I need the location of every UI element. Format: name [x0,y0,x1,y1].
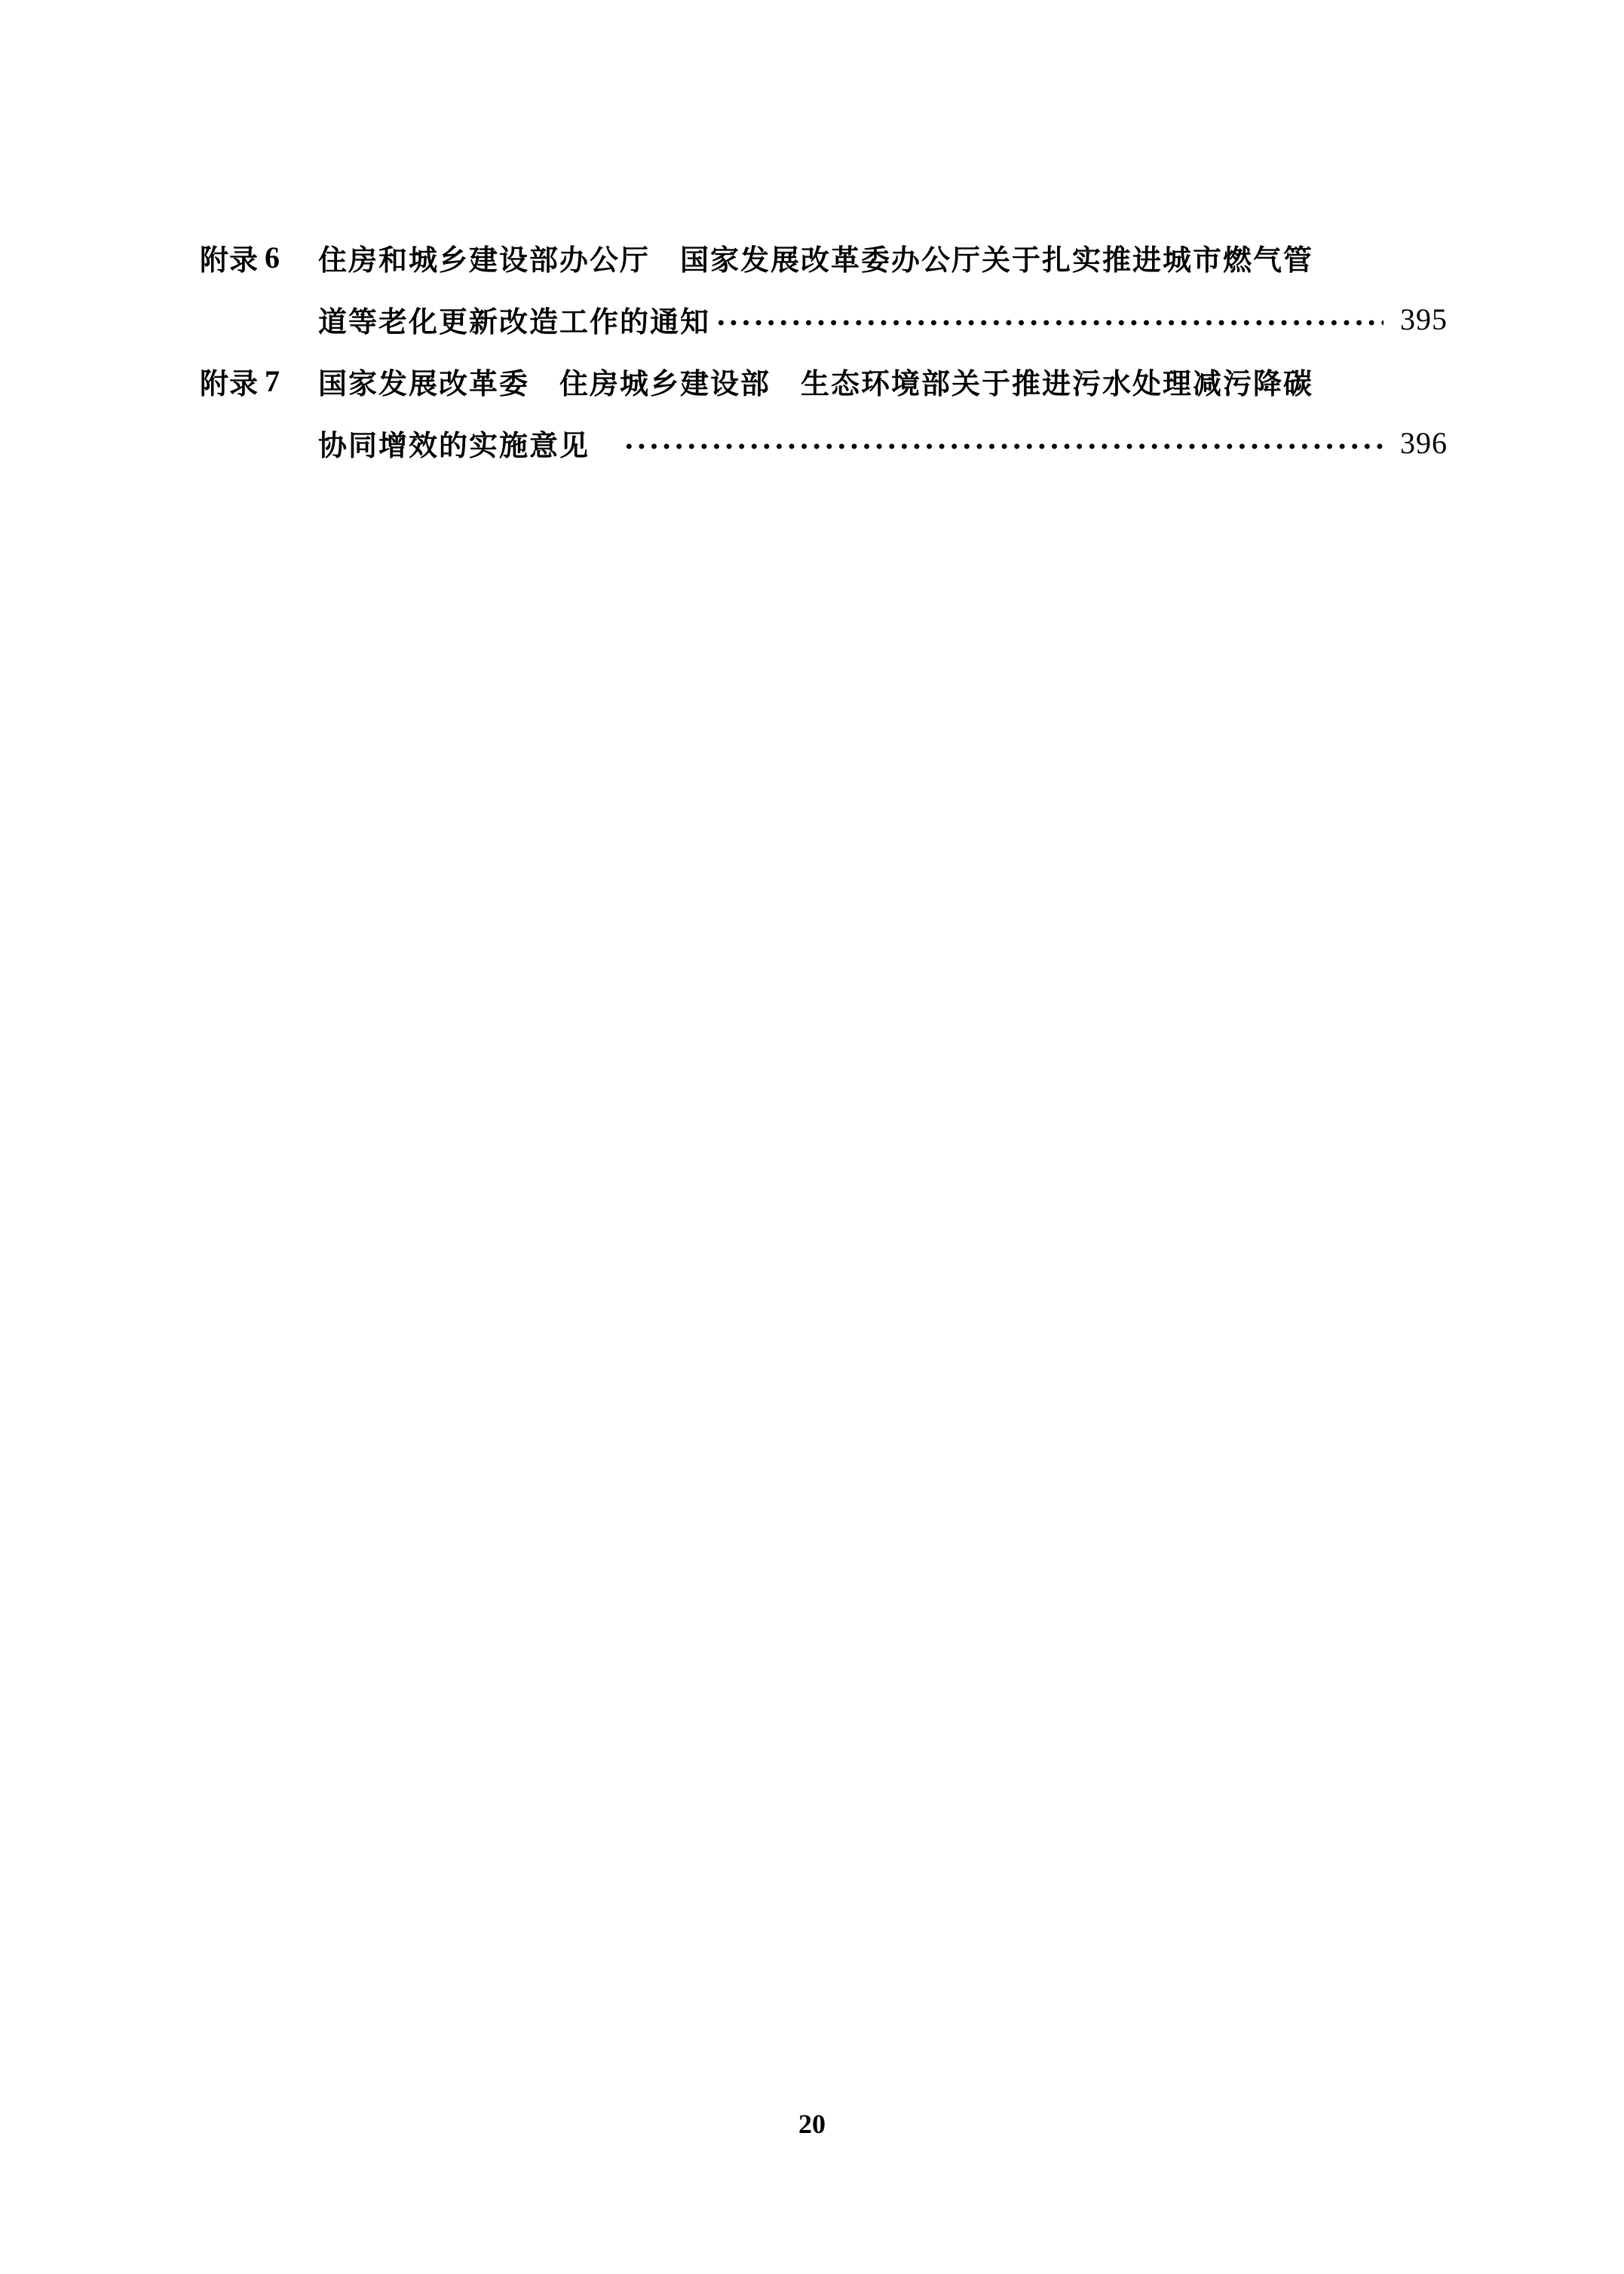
toc-entry-title-line-1: 住房和城乡建设部办公厅 国家发展改革委办公厅关于扎实推进城市燃气管 [318,226,1313,288]
toc-entry-line-1: 附录 6 住房和城乡建设部办公厅 国家发展改革委办公厅关于扎实推进城市燃气管 [200,226,1451,288]
title-text-part: 生态环境部关于推进污水处理减污降碳 [801,360,1313,402]
issuer-2: 住房城乡建设部 [559,360,771,402]
toc-page-number[interactable]: 396 [1400,425,1451,461]
toc-entry-appendix-6[interactable]: 附录 6 住房和城乡建设部办公厅 国家发展改革委办公厅关于扎实推进城市燃气管 道… [200,226,1451,350]
toc-entry-line-2: 道等老化更新改造工作的通知 395 [200,288,1451,350]
table-of-contents: 附录 6 住房和城乡建设部办公厅 国家发展改革委办公厅关于扎实推进城市燃气管 道… [200,226,1451,473]
dot-leader [623,443,1383,449]
title-text-part: 国家发展改革委办公厅关于扎实推进城市燃气管 [680,237,1313,278]
toc-entry-line-1: 附录 7 国家发展改革委 住房城乡建设部 生态环境部关于推进污水处理减污降碳 [200,350,1451,412]
dot-leader [715,320,1383,326]
toc-entry-line-2: 协同增效的实施意见 396 [200,412,1451,473]
toc-page-number[interactable]: 395 [1400,302,1451,337]
toc-entry-title-line-2: 协同增效的实施意见 [318,422,590,464]
toc-entry-title-line-1: 国家发展改革委 住房城乡建设部 生态环境部关于推进污水处理减污降碳 [318,350,1313,412]
appendix-label-number: 6 [265,240,280,275]
appendix-label-prefix: 附录 [200,237,259,278]
toc-entry-title-line-2: 道等老化更新改造工作的通知 [318,299,710,340]
appendix-label: 附录 7 [200,350,280,412]
issuer-1: 住房和城乡建设部办公厅 [318,237,650,278]
appendix-label: 附录 6 [200,226,280,288]
appendix-label-prefix: 附录 [200,360,259,402]
appendix-label-number: 7 [265,363,280,399]
issuer-1: 国家发展改革委 [318,360,529,402]
toc-entry-appendix-7[interactable]: 附录 7 国家发展改革委 住房城乡建设部 生态环境部关于推进污水处理减污降碳 协… [200,350,1451,473]
page-number-footer: 20 [0,2108,1624,2140]
